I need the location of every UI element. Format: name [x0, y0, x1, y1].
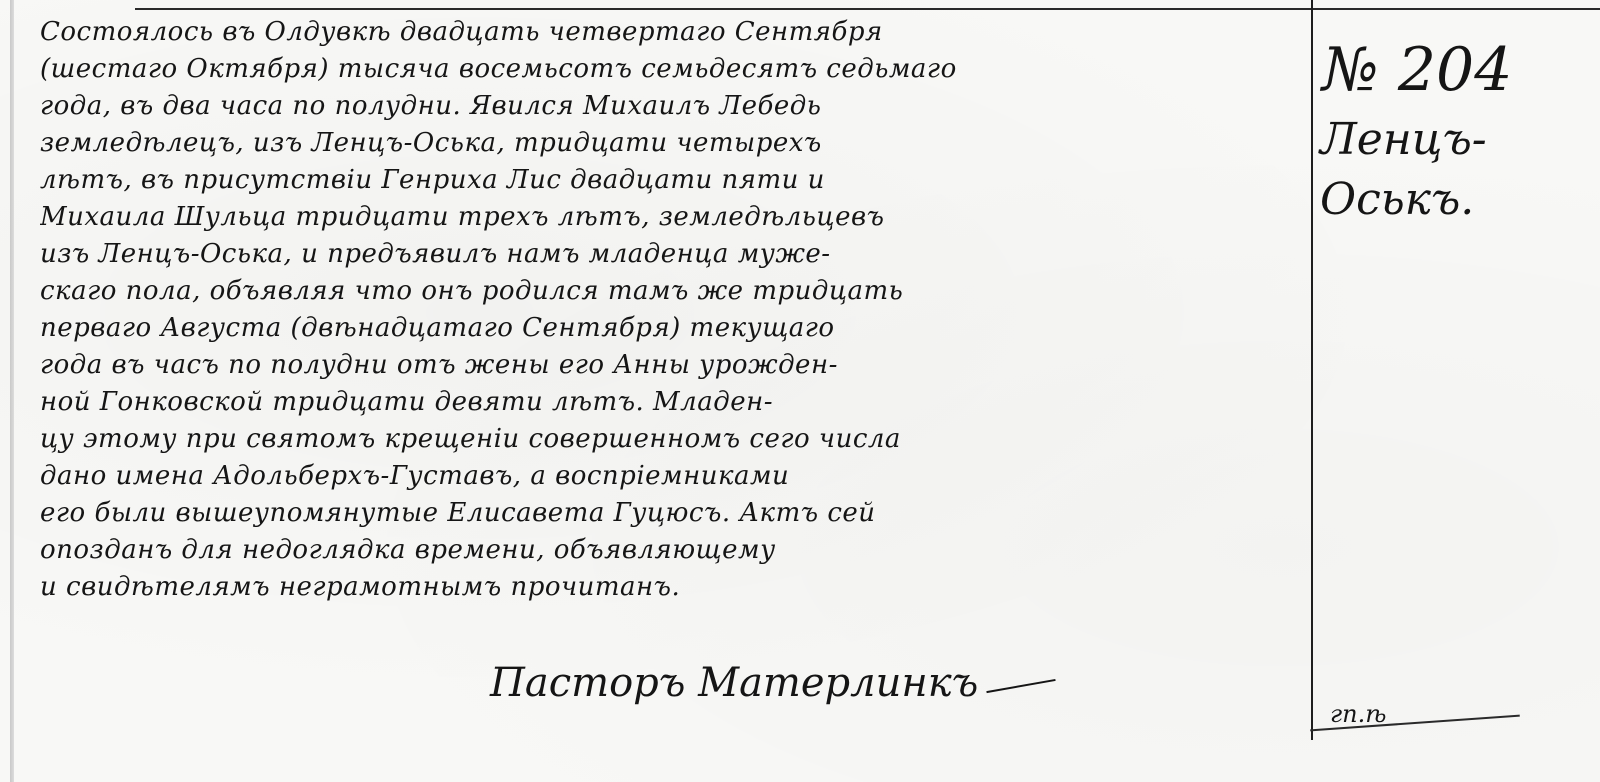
record-line: Михаила Шульца тридцати трехъ лѣтъ, земл… [40, 199, 1305, 236]
record-line: земледѣлецъ, изъ Ленцъ-Оська, тридцати ч… [40, 125, 1305, 162]
record-line: лѣтъ, въ присутствіи Генриха Лис двадцат… [40, 162, 1305, 199]
record-line: (шестаго Октября) тысяча восемьсотъ семь… [40, 51, 1305, 88]
margin-column-rule [1311, 0, 1313, 740]
document-page: Состоялось въ Олдувкѣ двадцать четвертаг… [0, 0, 1600, 782]
margin-place-name-line2: Оськъ. [1318, 170, 1588, 230]
record-line: ной Гонковской тридцати девяти лѣтъ. Мла… [40, 384, 1305, 421]
margin-column: № 204 Ленцъ- Оськъ. [1318, 30, 1588, 230]
record-line: его были вышеупомянутые Елисавета Гуцюсъ… [40, 495, 1305, 532]
record-line: года, въ два часа по полудни. Явился Мих… [40, 88, 1305, 125]
signature-flourish [987, 679, 1056, 693]
margin-place-name-line1: Ленцъ- [1318, 110, 1588, 170]
record-line: дано имена Адольберхъ-Густавъ, а воспріе… [40, 458, 1305, 495]
record-line: изъ Ленцъ-Оська, и предъявилъ намъ младе… [40, 236, 1305, 273]
record-line: и свидѣтелямъ неграмотнымъ прочитанъ. [40, 569, 1305, 606]
record-line: года въ часъ по полудни отъ жены его Анн… [40, 347, 1305, 384]
record-line: опозданъ для недоглядка времени, объявля… [40, 532, 1305, 569]
top-rule-line [135, 8, 1600, 10]
binding-edge [10, 0, 14, 782]
record-line: Состоялось въ Олдувкѣ двадцать четвертаг… [40, 14, 1305, 51]
margin-paraph: гп.ѣ [1330, 700, 1386, 728]
signature-text: Пасторъ Матерлинкъ [490, 660, 978, 706]
record-line: перваго Августа (двѣнадцатаго Сентября) … [40, 310, 1305, 347]
record-body: Состоялось въ Олдувкѣ двадцать четвертаг… [40, 14, 1305, 606]
record-line: скаго пола, объявляя что онъ родился там… [40, 273, 1305, 310]
record-line: цу этому при святомъ крещеніи совершенно… [40, 421, 1305, 458]
act-number: № 204 [1318, 30, 1588, 110]
pastor-signature: Пасторъ Матерлинкъ [490, 660, 1056, 706]
